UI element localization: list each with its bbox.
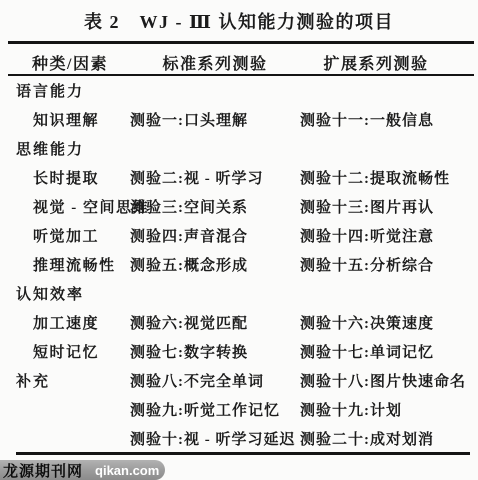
table-row: 思维能力 [0, 134, 478, 163]
standard-test-cell: 测验六:视觉匹配 [130, 312, 300, 333]
table-row: 加工速度 测验六:视觉匹配 测验十六:决策速度 [0, 308, 478, 337]
factor-cell: 加工速度 [0, 312, 130, 333]
top-rule [8, 41, 474, 44]
watermark-site-url: qikan.com [95, 463, 159, 478]
standard-test-cell: 测验九:听觉工作记忆 [130, 399, 300, 420]
table-row: 推理流畅性 测验五:概念形成 测验十五:分析综合 [0, 250, 478, 279]
watermark-bar: 龙源期刊网 qikan.com [0, 460, 165, 480]
factor-cell: 语言能力 [0, 80, 130, 101]
scanned-table-page: 表 2 WJ - Ⅲ 认知能力测验的项目 种类/因素 标准系列测验 扩展系列测验… [0, 0, 478, 480]
table-row: 短时记忆 测验七:数字转换 测验十七:单词记忆 [0, 337, 478, 366]
extended-test-cell: 测验十九:计划 [300, 399, 478, 420]
table-body: 语言能力 知识理解 测验一:口头理解 测验十一:一般信息 思维能力 长时提取 测… [0, 76, 478, 453]
extended-test-cell: 测验十一:一般信息 [300, 109, 478, 130]
table-title: 表 2 WJ - Ⅲ 认知能力测验的项目 [0, 8, 478, 34]
standard-test-cell: 测验十:视 - 听学习延迟 [130, 428, 300, 449]
factor-cell: 认知效率 [0, 283, 130, 304]
factor-cell: 补充 [0, 370, 130, 391]
factor-cell: 听觉加工 [0, 225, 130, 246]
factor-cell: 推理流畅性 [0, 254, 130, 275]
standard-test-cell: 测验一:口头理解 [130, 109, 300, 130]
standard-test-cell: 测验三:空间关系 [130, 196, 300, 217]
standard-test-cell: 测验二:视 - 听学习 [130, 167, 300, 188]
table-row: 视觉 - 空间思维 测验三:空间关系 测验十三:图片再认 [0, 192, 478, 221]
column-header-factor: 种类/因素 [0, 51, 130, 74]
factor-cell: 短时记忆 [0, 341, 130, 362]
table-row: 测验十:视 - 听学习延迟 测验二十:成对划消 [0, 424, 478, 453]
factor-cell: 知识理解 [0, 109, 130, 130]
bottom-rule [16, 452, 470, 455]
column-header-standard: 标准系列测验 [130, 51, 300, 74]
standard-test-cell: 测验八:不完全单词 [130, 370, 300, 391]
factor-cell: 思维能力 [0, 138, 130, 159]
watermark-site-name: 龙源期刊网 [0, 460, 83, 480]
extended-test-cell: 测验十四:听觉注意 [300, 225, 478, 246]
extended-test-cell: 测验十七:单词记忆 [300, 341, 478, 362]
extended-test-cell: 测验十二:提取流畅性 [300, 167, 478, 188]
table-row: 语言能力 [0, 76, 478, 105]
factor-cell: 长时提取 [0, 167, 130, 188]
table-row: 认知效率 [0, 279, 478, 308]
extended-test-cell: 测验十六:决策速度 [300, 312, 478, 333]
table-row: 长时提取 测验二:视 - 听学习 测验十二:提取流畅性 [0, 163, 478, 192]
standard-test-cell: 测验七:数字转换 [130, 341, 300, 362]
factor-cell: 视觉 - 空间思维 [0, 196, 130, 217]
extended-test-cell: 测验十五:分析综合 [300, 254, 478, 275]
table-header-row: 种类/因素 标准系列测验 扩展系列测验 [0, 51, 478, 74]
table-row: 补充 测验八:不完全单词 测验十八:图片快速命名 [0, 366, 478, 395]
extended-test-cell: 测验十八:图片快速命名 [300, 370, 478, 391]
standard-test-cell: 测验四:声音混合 [130, 225, 300, 246]
extended-test-cell: 测验二十:成对划消 [300, 428, 478, 449]
standard-test-cell: 测验五:概念形成 [130, 254, 300, 275]
column-header-extended: 扩展系列测验 [300, 51, 478, 74]
table-row: 测验九:听觉工作记忆 测验十九:计划 [0, 395, 478, 424]
table-row: 听觉加工 测验四:声音混合 测验十四:听觉注意 [0, 221, 478, 250]
extended-test-cell: 测验十三:图片再认 [300, 196, 478, 217]
table-row: 知识理解 测验一:口头理解 测验十一:一般信息 [0, 105, 478, 134]
